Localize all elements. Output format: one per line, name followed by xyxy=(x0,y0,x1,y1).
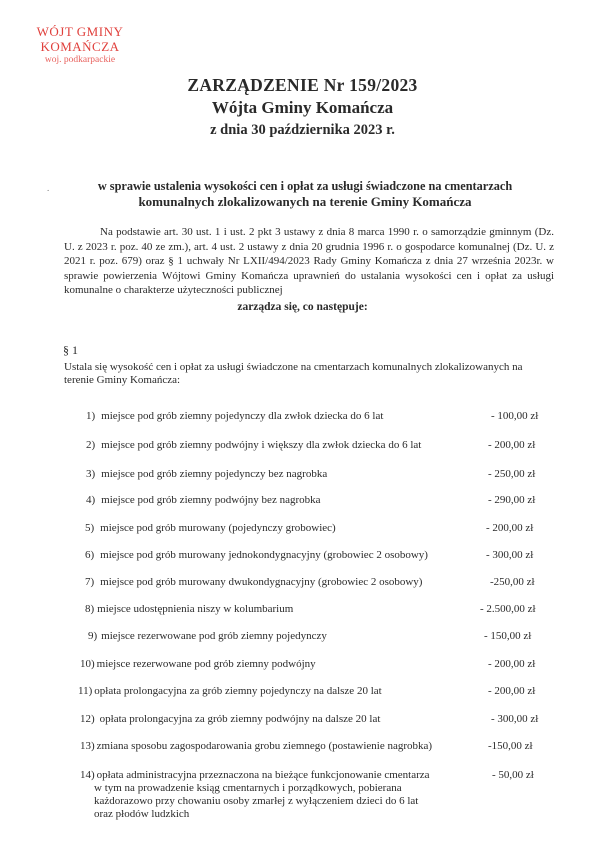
list-item: 9)miejsce rezerwowane pod grób ziemny po… xyxy=(88,630,327,643)
item-number: 4) xyxy=(86,494,95,507)
item-number: 6) xyxy=(85,549,94,562)
item-description: miejsce pod grób murowany (pojedynczy gr… xyxy=(100,522,336,535)
list-item: 10)miejsce rezerwowane pod grób ziemny p… xyxy=(80,658,316,671)
item-price: - 250,00 zł xyxy=(488,468,535,481)
item-description: opłata administracyjna przeznaczona na b… xyxy=(97,769,430,782)
item-price: - 200,00 zł xyxy=(486,522,533,535)
item-price: - 50,00 zł xyxy=(492,769,534,782)
item-description: opłata prolongacyjna za grób ziemny podw… xyxy=(100,713,381,726)
list-item: 12)opłata prolongacyjna za grób ziemny p… xyxy=(80,713,380,726)
item-price: - 150,00 zł xyxy=(484,630,531,643)
item-number: 7) xyxy=(85,576,94,589)
item-description: miejsce pod grób ziemny podwójny i więks… xyxy=(101,439,421,452)
fee-list: 1)miejsce pod grób ziemny pojedynczy dla… xyxy=(0,0,605,855)
item-price: -250,00 zł xyxy=(490,576,535,589)
item-number: 10) xyxy=(80,658,95,671)
item-price: - 300,00 zł xyxy=(491,713,538,726)
list-item: 3)miejsce pod grób ziemny pojedynczy bez… xyxy=(86,468,327,481)
item-price: -150,00 zł xyxy=(488,740,533,753)
item-description: miejsce pod grób ziemny pojedynczy dla z… xyxy=(101,410,383,423)
item-number: 14) xyxy=(80,769,95,782)
item-price: - 2.500,00 zł xyxy=(480,603,536,616)
list-item: 8)miejsce udostępnienia niszy w kolumbar… xyxy=(85,603,293,616)
item-description: miejsce udostępnienia niszy w kolumbariu… xyxy=(97,603,293,616)
item-price: - 200,00 zł xyxy=(488,658,535,671)
list-item: 1)miejsce pod grób ziemny pojedynczy dla… xyxy=(86,410,383,423)
list-item: 5)miejsce pod grób murowany (pojedynczy … xyxy=(85,522,336,535)
list-item: 7)miejsce pod grób murowany dwukondygnac… xyxy=(85,576,422,589)
list-item: 6)miejsce pod grób murowany jednokondygn… xyxy=(85,549,428,562)
item-description: miejsce rezerwowane pod grób ziemny podw… xyxy=(97,658,316,671)
item-description-cont: każdorazowo przy chowaniu osoby zmarłej … xyxy=(80,795,460,808)
item-number: 13) xyxy=(80,740,95,753)
item-price: - 300,00 zł xyxy=(486,549,533,562)
list-item: 14)opłata administracyjna przeznaczona n… xyxy=(80,769,460,821)
item-description-cont: oraz płodów ludzkich xyxy=(80,808,460,821)
item-description: zmiana sposobu zagospodarowania grobu zi… xyxy=(97,740,432,753)
item-number: 12) xyxy=(80,713,95,726)
item-number: 2) xyxy=(86,439,95,452)
item-description: miejsce pod grób ziemny pojedynczy bez n… xyxy=(101,468,327,481)
item-price: - 200,00 zł xyxy=(488,439,535,452)
item-description-cont: w tym na prowadzenie ksiąg cmentarnych i… xyxy=(80,782,460,795)
list-item: 4)miejsce pod grób ziemny podwójny bez n… xyxy=(86,494,321,507)
item-number: 1) xyxy=(86,410,95,423)
item-number: 11) xyxy=(78,685,92,698)
item-number: 3) xyxy=(86,468,95,481)
item-description: miejsce pod grób murowany dwukondygnacyj… xyxy=(100,576,422,589)
item-number: 5) xyxy=(85,522,94,535)
item-description: miejsce pod grób murowany jednokondygnac… xyxy=(100,549,428,562)
item-description: opłata prolongacyjna za grób ziemny poje… xyxy=(94,685,381,698)
list-item: 13)zmiana sposobu zagospodarowania grobu… xyxy=(80,740,432,753)
list-item: 11)opłata prolongacyjna za grób ziemny p… xyxy=(78,685,382,698)
item-description: miejsce rezerwowane pod grób ziemny poje… xyxy=(101,630,327,643)
item-number: 8) xyxy=(85,603,94,616)
item-price: - 200,00 zł xyxy=(488,685,535,698)
item-description: miejsce pod grób ziemny podwójny bez nag… xyxy=(101,494,320,507)
list-item: 2)miejsce pod grób ziemny podwójny i wię… xyxy=(86,439,421,452)
item-price: - 290,00 zł xyxy=(488,494,535,507)
item-number: 9) xyxy=(88,630,97,643)
item-price: - 100,00 zł xyxy=(491,410,538,423)
